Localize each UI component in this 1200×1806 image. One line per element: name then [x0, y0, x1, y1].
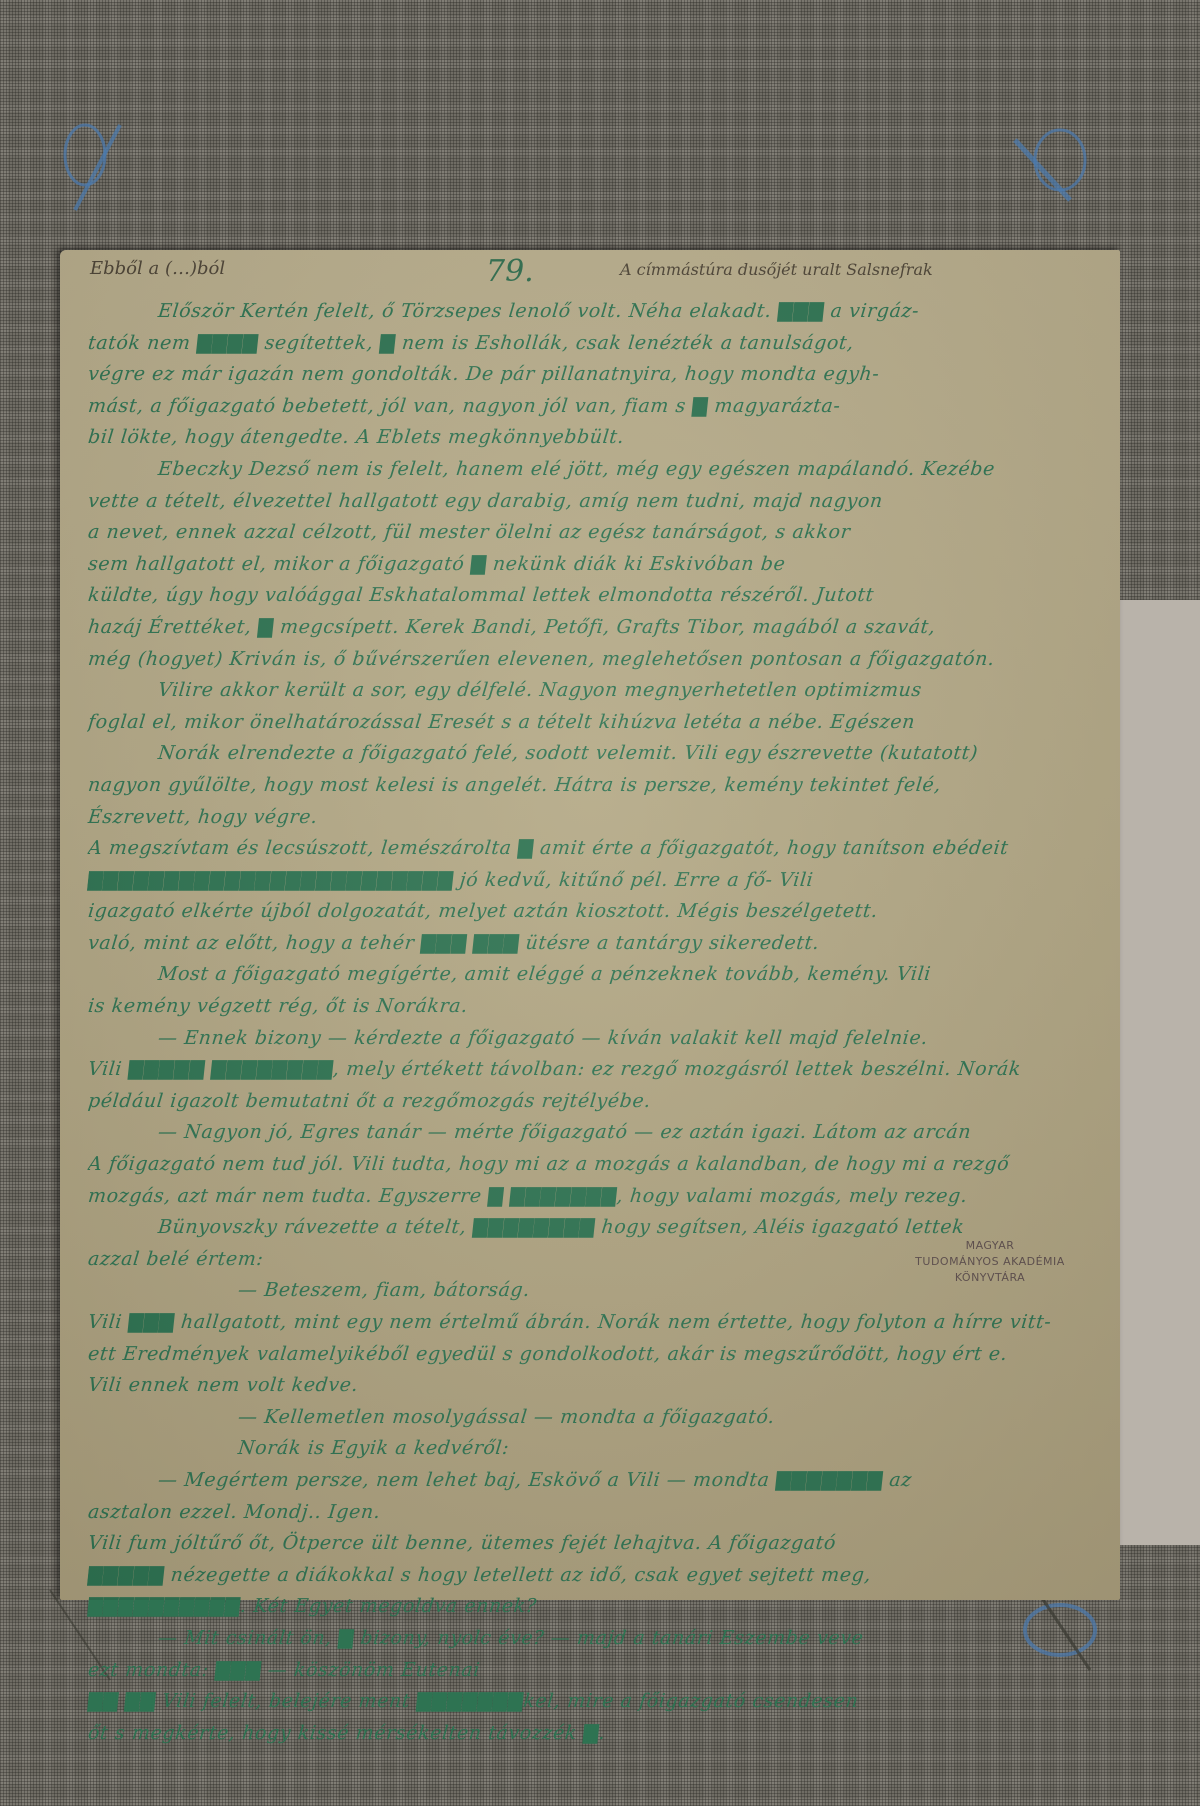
text-line: Ebeczky Dezső nem is felelt, hanem elé j… — [86, 454, 1093, 486]
text-line: foglal el, mikor önelhatározással Eresét… — [86, 707, 1093, 739]
manuscript-text: Először Kertén felelt, ő Törzsepes lenol… — [88, 296, 1092, 1749]
text-line: a nevet, ennek azzal célzott, fül mester… — [86, 517, 1093, 549]
text-line: küldte, úgy hogy valóággal Eskhatalommal… — [86, 580, 1093, 612]
text-line: asztalon ezzel. Mondj.. Igen. — [86, 1497, 1093, 1529]
text-line: ▇▇▇▇▇ nézegette a diákokkal s hogy letel… — [86, 1560, 1093, 1592]
header-note: Ebből a (…)ból — [90, 258, 225, 279]
text-line: ▇▇▇▇▇▇▇▇▇▇. Két Egyet megoldva ennek? — [86, 1591, 1093, 1623]
text-line: is kemény végzett rég, őt is Norákra. — [86, 991, 1093, 1023]
title-note: A címmástúra dusőjét uralt Salsnefrak — [620, 260, 933, 279]
text-line: Vili ▇▇▇▇▇ ▇▇▇▇▇▇▇▇, mely értékett távol… — [86, 1054, 1093, 1086]
text-line: mást, a főigazgató bebetett, jól van, na… — [86, 391, 1093, 423]
text-line: mozgás, azt már nem tudta. Egyszerre ▇ ▇… — [86, 1181, 1093, 1213]
stamp-line: TUDOMÁNYOS AKADÉMIA — [915, 1254, 1065, 1270]
white-backing-sheet — [1112, 600, 1200, 1545]
text-line: — Kellemetlen mosolygással — mondta a fő… — [86, 1402, 1093, 1434]
text-line: Észrevett, hogy végre. — [86, 802, 1093, 834]
text-line: még (hogyet) Kriván is, ő bűvérszerűen e… — [86, 644, 1093, 676]
text-line: Először Kertén felelt, ő Törzsepes lenol… — [86, 296, 1093, 328]
text-line: — Mit csinált ön, ▇ bizony, nyolc éve? —… — [86, 1623, 1093, 1655]
text-line: Norák elrendezte a főigazgató felé, sodo… — [86, 738, 1093, 770]
text-line: A megszívtam és lecsúszott, lemészárolta… — [86, 833, 1093, 865]
text-line: — Nagyon jó, Egres tanár — mérte főigazg… — [86, 1117, 1093, 1149]
text-line: Norák is Egyik a kedvéről: — [86, 1433, 1093, 1465]
text-line: — Megértem persze, nem lehet baj, Eskövő… — [86, 1465, 1093, 1497]
text-line: — Ennek bizony — kérdezte a főigazgató —… — [86, 1023, 1093, 1055]
text-line: őt s megkérte, hogy kissé mérsékelten tá… — [86, 1718, 1093, 1750]
text-line: A főigazgató nem tud jól. Vili tudta, ho… — [86, 1149, 1093, 1181]
corner-mark-top-left — [50, 105, 140, 215]
text-line: való, mint az előtt, hogy a tehér ▇▇▇ ▇▇… — [86, 928, 1093, 960]
text-line: hazáj Érettéket, ▇ megcsípett. Kerek Ban… — [86, 612, 1093, 644]
stamp-line: KÖNYVTÁRA — [915, 1270, 1065, 1286]
text-line: ezt mondta: ▇▇▇ — köszönöm Eutenai — [86, 1655, 1093, 1687]
manuscript-page: Ebből a (…)ból 79. A címmástúra dusőjét … — [60, 250, 1120, 1600]
text-line: Vili ennek nem volt kedve. — [86, 1370, 1093, 1402]
stamp-line: MAGYAR — [915, 1238, 1065, 1254]
text-line: ▇▇ ▇▇ Vili felelt, belejére ment ▇▇▇▇▇▇▇… — [86, 1686, 1093, 1718]
corner-mark-top-right — [1010, 105, 1100, 215]
text-line: ett Eredmények valamelyikéből egyedül s … — [86, 1339, 1093, 1371]
text-line: Vili fum jóltűrő őt, Ötperce ült benne, … — [86, 1528, 1093, 1560]
text-line: például igazolt bemutatni őt a rezgőmozg… — [86, 1086, 1093, 1118]
text-line: nagyon gyűlölte, hogy most kelesi is ang… — [86, 770, 1093, 802]
text-line: Vilire akkor került a sor, egy délfelé. … — [86, 675, 1093, 707]
text-line: tatók nem ▇▇▇▇ segítettek, ▇ nem is Esho… — [86, 328, 1093, 360]
text-line: ▇▇▇▇▇▇▇▇▇▇▇▇▇▇▇▇▇▇▇▇▇▇▇▇ jó kedvű, kitűn… — [86, 865, 1093, 897]
library-stamp: MAGYAR TUDOMÁNYOS AKADÉMIA KÖNYVTÁRA — [915, 1238, 1065, 1286]
text-line: bil lökte, hogy átengedte. A Eblets megk… — [86, 422, 1093, 454]
text-line: Vili ▇▇▇ hallgatott, mint egy nem értelm… — [86, 1307, 1093, 1339]
text-line: sem hallgatott el, mikor a főigazgató ▇ … — [86, 549, 1093, 581]
page-number: 79. — [486, 254, 534, 289]
text-line: végre ez már igazán nem gondolták. De pá… — [86, 359, 1093, 391]
text-line: Most a főigazgató megígérte, amit eléggé… — [86, 959, 1093, 991]
text-line: vette a tételt, élvezettel hallgatott eg… — [86, 486, 1093, 518]
text-line: igazgató elkérte újból dolgozatát, melye… — [86, 896, 1093, 928]
